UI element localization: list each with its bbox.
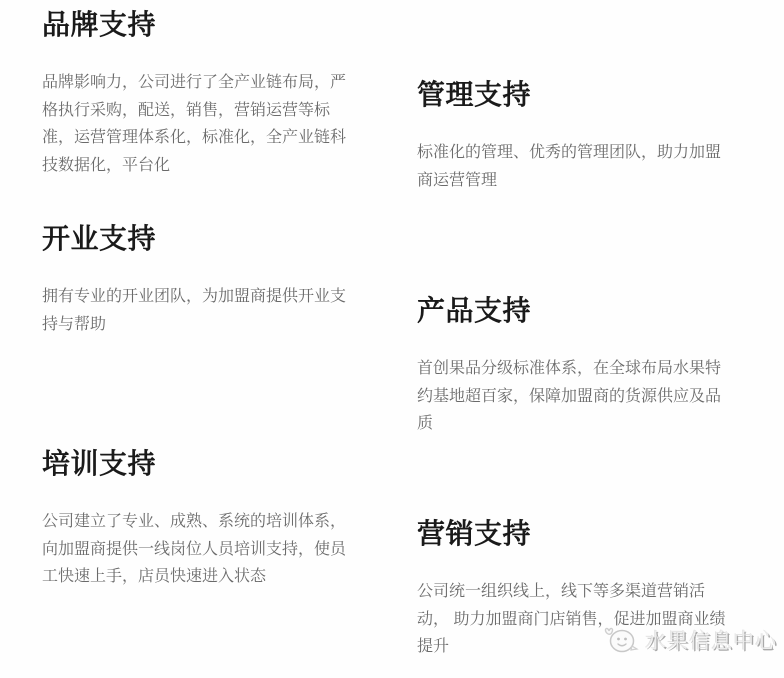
section-body: 首创果品分级标准体系，在全球布局水果特约基地超百家，保障加盟商的货源供应及品质 <box>417 355 734 438</box>
article-page: 品牌支持 品牌影响力，公司进行了全产业链布局，严格执行采购，配送，销售，营销运营… <box>0 0 784 678</box>
section-title: 管理支持 <box>417 76 734 114</box>
section-title: 品牌支持 <box>42 6 356 44</box>
section-title: 营销支持 <box>417 515 734 553</box>
watermark: 水果信息中心 <box>600 624 777 656</box>
section-opening-support: 开业支持 拥有专业的开业团队，为加盟商提供开业支持与帮助 <box>42 220 356 338</box>
section-brand-support: 品牌支持 品牌影响力，公司进行了全产业链布局，严格执行采购，配送，销售，营销运营… <box>42 6 356 179</box>
section-body: 标准化的管理、优秀的管理团队，助力加盟商运营管理 <box>417 139 734 194</box>
section-body: 品牌影响力，公司进行了全产业链布局，严格执行采购，配送，销售，营销运营等标准，运… <box>42 69 356 179</box>
section-title: 产品支持 <box>417 292 734 330</box>
section-body: 拥有专业的开业团队，为加盟商提供开业支持与帮助 <box>42 283 356 338</box>
section-training-support: 培训支持 公司建立了专业、成熟、系统的培训体系，向加盟商提供一线岗位人员培训支持… <box>42 445 356 591</box>
section-management-support: 管理支持 标准化的管理、优秀的管理团队，助力加盟商运营管理 <box>417 76 734 194</box>
section-body: 公司建立了专业、成熟、系统的培训体系，向加盟商提供一线岗位人员培训支持，使员工快… <box>42 508 356 591</box>
section-title: 开业支持 <box>42 220 356 258</box>
section-product-support: 产品支持 首创果品分级标准体系，在全球布局水果特约基地超百家，保障加盟商的货源供… <box>417 292 734 438</box>
section-title: 培训支持 <box>42 445 356 483</box>
mascot-face-icon <box>600 624 640 656</box>
watermark-label: 水果信息中心 <box>645 625 777 655</box>
